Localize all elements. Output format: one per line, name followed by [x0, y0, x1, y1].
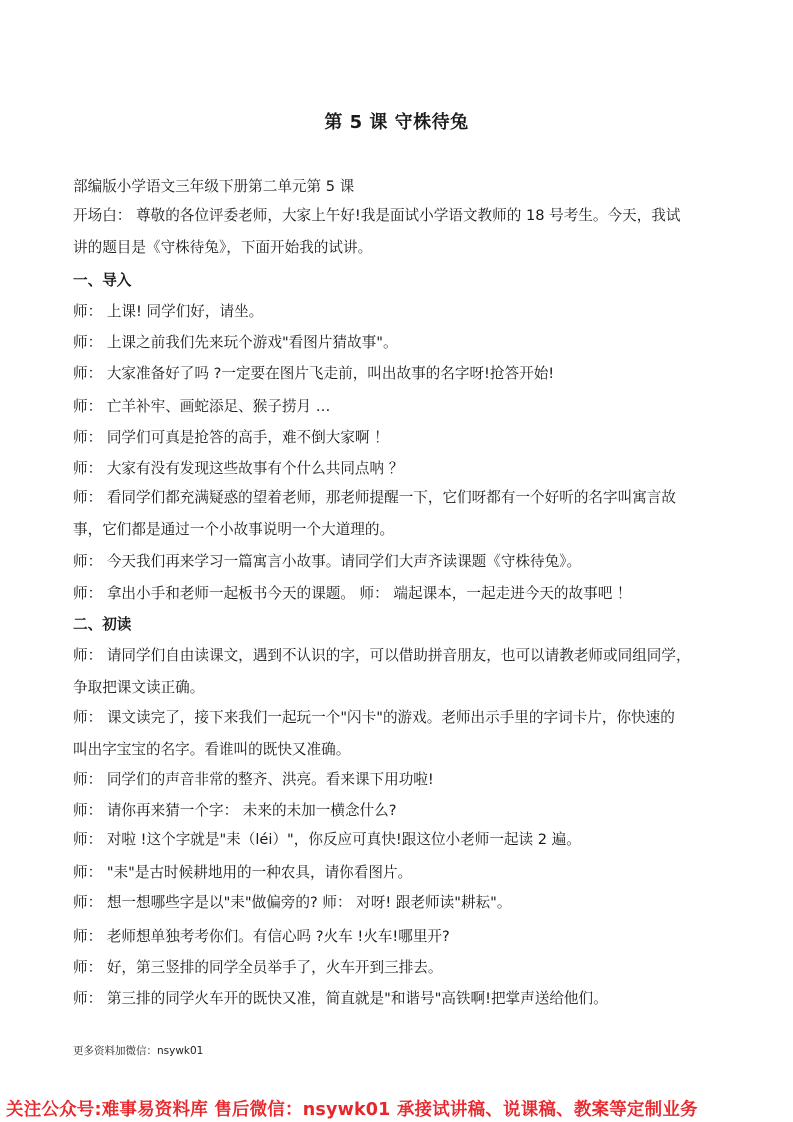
intro-line: 开场白： 尊敬的各位评委老师，大家上午好!我是面试小学语文教师的 18 号考生。… [73, 206, 681, 226]
intro-line: 讲的题目是《守株待兔》，下面开始我的试讲。 [73, 238, 372, 258]
dialogue-line: 师： 大家有没有发现这些故事有个什么共同点呐 ？ [73, 459, 403, 479]
section-heading: 一、导入 [73, 271, 131, 291]
dialogue-line: 事，它们都是通过一个小故事说明一个大道理的。 [73, 520, 394, 540]
dialogue-line: 师： 亡羊补牢、画蛇添足、猴子捞月 … [73, 397, 330, 417]
subtitle: 部编版小学语文三年级下册第二单元第 5 课 [73, 177, 354, 197]
dialogue-line: 师： 老师想单独考考你们。有信心吗 ?火车 !火车!哪里开? [73, 927, 450, 947]
dialogue-line: 师： 看同学们都充满疑惑的望着老师，那老师提醒一下，它们呀都有一个好听的名字叫寓… [73, 488, 676, 508]
dialogue-line: 争取把课文读正确。 [73, 678, 204, 698]
dialogue-line: 师： 对啦 !这个字就是"耒（léi）"，你反应可真快!跟这位小老师一起读 2 … [73, 830, 581, 850]
dialogue-line: 师： 请你再来猜一个字： 未来的未加一横念什么? [73, 801, 397, 821]
dialogue-line: 师： "耒"是古时候耕地用的一种农具，请你看图片。 [73, 863, 412, 883]
dialogue-line: 师： 好，第三竖排的同学全员举手了，火车开到三排去。 [73, 958, 443, 978]
dialogue-line: 师： 想一想哪些字是以"耒"做偏旁的? 师： 对呀! 跟老师读"耕耘"。 [73, 893, 511, 913]
dialogue-line: 师： 同学们可真是抢答的高手，难不倒大家啊 ！ [73, 428, 389, 448]
section-heading: 二、初读 [73, 615, 131, 635]
promo-banner: 关注公众号:难事易资料库 售后微信：nsywk01 承接试讲稿、说课稿、教案等定… [6, 1096, 787, 1121]
page-title: 第 5 课 守株待兔 [0, 108, 793, 134]
footer-note: 更多资料加微信：nsywk01 [73, 1043, 203, 1058]
dialogue-line: 师： 大家准备好了吗 ?一定要在图片飞走前，叫出故事的名字呀!抢答开始! [73, 364, 554, 384]
dialogue-line: 师： 上课之前我们先来玩个游戏"看图片猜故事"。 [73, 333, 398, 353]
dialogue-line: 师： 请同学们自由读课文，遇到不认识的字，可以借助拼音朋友，也可以请教老师或同组… [73, 646, 691, 666]
dialogue-line: 师： 第三排的同学火车开的既快又准，简直就是"和谐号"高铁啊!把掌声送给他们。 [73, 989, 608, 1009]
dialogue-line: 师： 同学们的声音非常的整齐、洪亮。看来课下用功啦! [73, 770, 434, 790]
dialogue-line: 叫出字宝宝的名字。看谁叫的既快又准确。 [73, 740, 350, 760]
dialogue-line: 师： 上课! 同学们好，请坐。 [73, 302, 263, 322]
dialogue-line: 师： 拿出小手和老师一起板书今天的课题。 师： 端起课本，一起走进今天的故事吧 … [73, 584, 632, 604]
dialogue-line: 师： 今天我们再来学习一篇寓言小故事。请同学们大声齐读课题《守株待兔》。 [73, 552, 581, 572]
dialogue-line: 师： 课文读完了，接下来我们一起玩一个"闪卡"的游戏。老师出示手里的字词卡片，你… [73, 708, 675, 728]
